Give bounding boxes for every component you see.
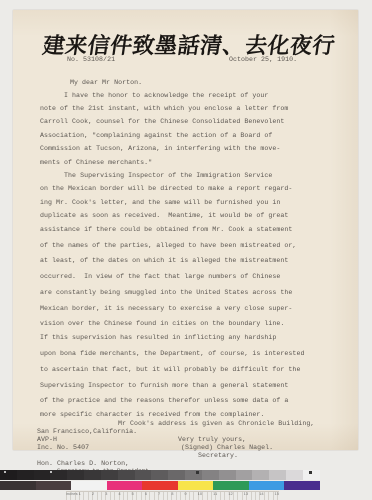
- ruler-label: 4: [118, 491, 120, 499]
- color-swatch: [249, 481, 285, 490]
- ruler-labels: inches 123456789101112131415: [66, 491, 279, 499]
- body-line: at least, of the dates on which it is al…: [40, 256, 288, 265]
- reference-number: No. 53108/21: [67, 55, 115, 64]
- signer-title: Secretary.: [198, 451, 238, 460]
- ruler-label: 8: [171, 491, 173, 499]
- gray-swatch: [202, 470, 219, 480]
- target-marker-icon: [196, 471, 199, 474]
- gray-swatch: [219, 470, 236, 480]
- gray-swatch: [236, 470, 253, 480]
- color-swatch: [71, 481, 107, 490]
- color-target: [0, 481, 320, 490]
- gray-swatch: [151, 470, 168, 480]
- calligraphy-char: 話: [176, 29, 200, 60]
- target-marker-icon: [309, 471, 312, 474]
- body-line: I have the honor to acknowledge the rece…: [40, 91, 268, 100]
- body-line: upon bona fide merchants, the Department…: [40, 349, 304, 358]
- color-swatch: [36, 481, 72, 490]
- body-line: Carroll Cook, counsel for the Chinese Co…: [40, 117, 284, 126]
- body-line: of the practice and the reasons therefor…: [40, 396, 288, 405]
- body-line: duplicate as soon as received. Meantime,…: [40, 211, 288, 220]
- body-line: Association, "complaining against the ac…: [40, 131, 272, 140]
- gray-swatch: [118, 470, 135, 480]
- ruler-label: 15: [275, 491, 279, 499]
- body-line: note of the 21st instant, with which you…: [40, 104, 288, 113]
- calligraphy-char: 建: [41, 29, 65, 60]
- gray-swatch: [168, 470, 185, 480]
- letter-date: October 25, 1910.: [229, 55, 297, 64]
- body-line: are constantly being smuggled into the U…: [40, 288, 292, 297]
- ruler-label: 13: [244, 491, 248, 499]
- ruler-label: 14: [259, 491, 263, 499]
- gray-swatch: [269, 470, 286, 480]
- gray-swatch: [252, 470, 269, 480]
- body-line: to ascertain that fact, but it will prob…: [40, 365, 300, 374]
- gray-swatch: [50, 470, 67, 480]
- address-note: Mr Cook's address is given as Chronicle …: [118, 419, 314, 428]
- body-line: ments of Chinese merchants.": [40, 158, 152, 167]
- gray-swatch: [135, 470, 152, 480]
- inclosure-number: Inc. No. 5407: [37, 443, 89, 452]
- body-line: more specific character is received from…: [40, 410, 264, 419]
- calligraphy-char: 墨: [153, 29, 177, 60]
- ruler-label: 2: [92, 491, 94, 499]
- body-line: Mexican border, it is necessary to exerc…: [40, 304, 292, 313]
- color-swatch: [213, 481, 249, 490]
- calligraphy-char: 致: [131, 29, 155, 60]
- color-swatch: [0, 481, 36, 490]
- color-swatch: [107, 481, 143, 490]
- chinese-calligraphy-header: 建 来 信 件 致 墨 話 清 、 去 化 夜 行: [41, 30, 335, 58]
- gray-swatch: [101, 470, 118, 480]
- body-line: occurred. In view of the fact that large…: [40, 272, 280, 281]
- grayscale-target: [0, 470, 320, 480]
- body-line: If this supervision has resulted in infl…: [40, 333, 276, 342]
- gray-swatch: [286, 470, 303, 480]
- target-marker-icon: [50, 471, 52, 473]
- body-line: assistance if there could be obtained fr…: [40, 225, 292, 234]
- gray-swatch: [185, 470, 202, 480]
- gray-swatch: [84, 470, 101, 480]
- color-swatch: [142, 481, 178, 490]
- body-line: of the names of the parties, alleged to …: [40, 241, 296, 250]
- color-swatch: [178, 481, 214, 490]
- body-line: Supervising Inspector to furnish more th…: [40, 381, 288, 390]
- gray-swatch: [17, 470, 34, 480]
- gray-swatch: [0, 470, 17, 480]
- calligraphy-char: 清: [198, 29, 222, 60]
- ruler-label: 6: [145, 491, 147, 499]
- color-swatch: [284, 481, 320, 490]
- gray-swatch: [34, 470, 51, 480]
- body-line: ing Mr. Cook's letter, and the same will…: [40, 198, 280, 207]
- ruler-label: 12: [228, 491, 232, 499]
- ruler-label: 5: [132, 491, 134, 499]
- calligraphy-char: 行: [311, 29, 335, 60]
- target-marker-icon: [4, 471, 6, 473]
- ruler-label: 7: [158, 491, 160, 499]
- ruler-label: 10: [198, 491, 202, 499]
- ruler-label: 3: [105, 491, 107, 499]
- ruler-label: 11: [213, 491, 217, 499]
- body-line: on the Mexican border will be directed t…: [40, 184, 292, 193]
- salutation: My dear Mr Norton.: [70, 78, 142, 87]
- body-line: vision over the Chinese found in cities …: [40, 319, 284, 328]
- gray-swatch: [67, 470, 84, 480]
- ruler-label: 9: [184, 491, 186, 499]
- body-line: The Supervising Inspector of the Immigra…: [40, 171, 272, 180]
- ruler-label: inches 1: [66, 491, 81, 499]
- body-line: Commission at Tucson, Arizona, in interf…: [40, 144, 280, 153]
